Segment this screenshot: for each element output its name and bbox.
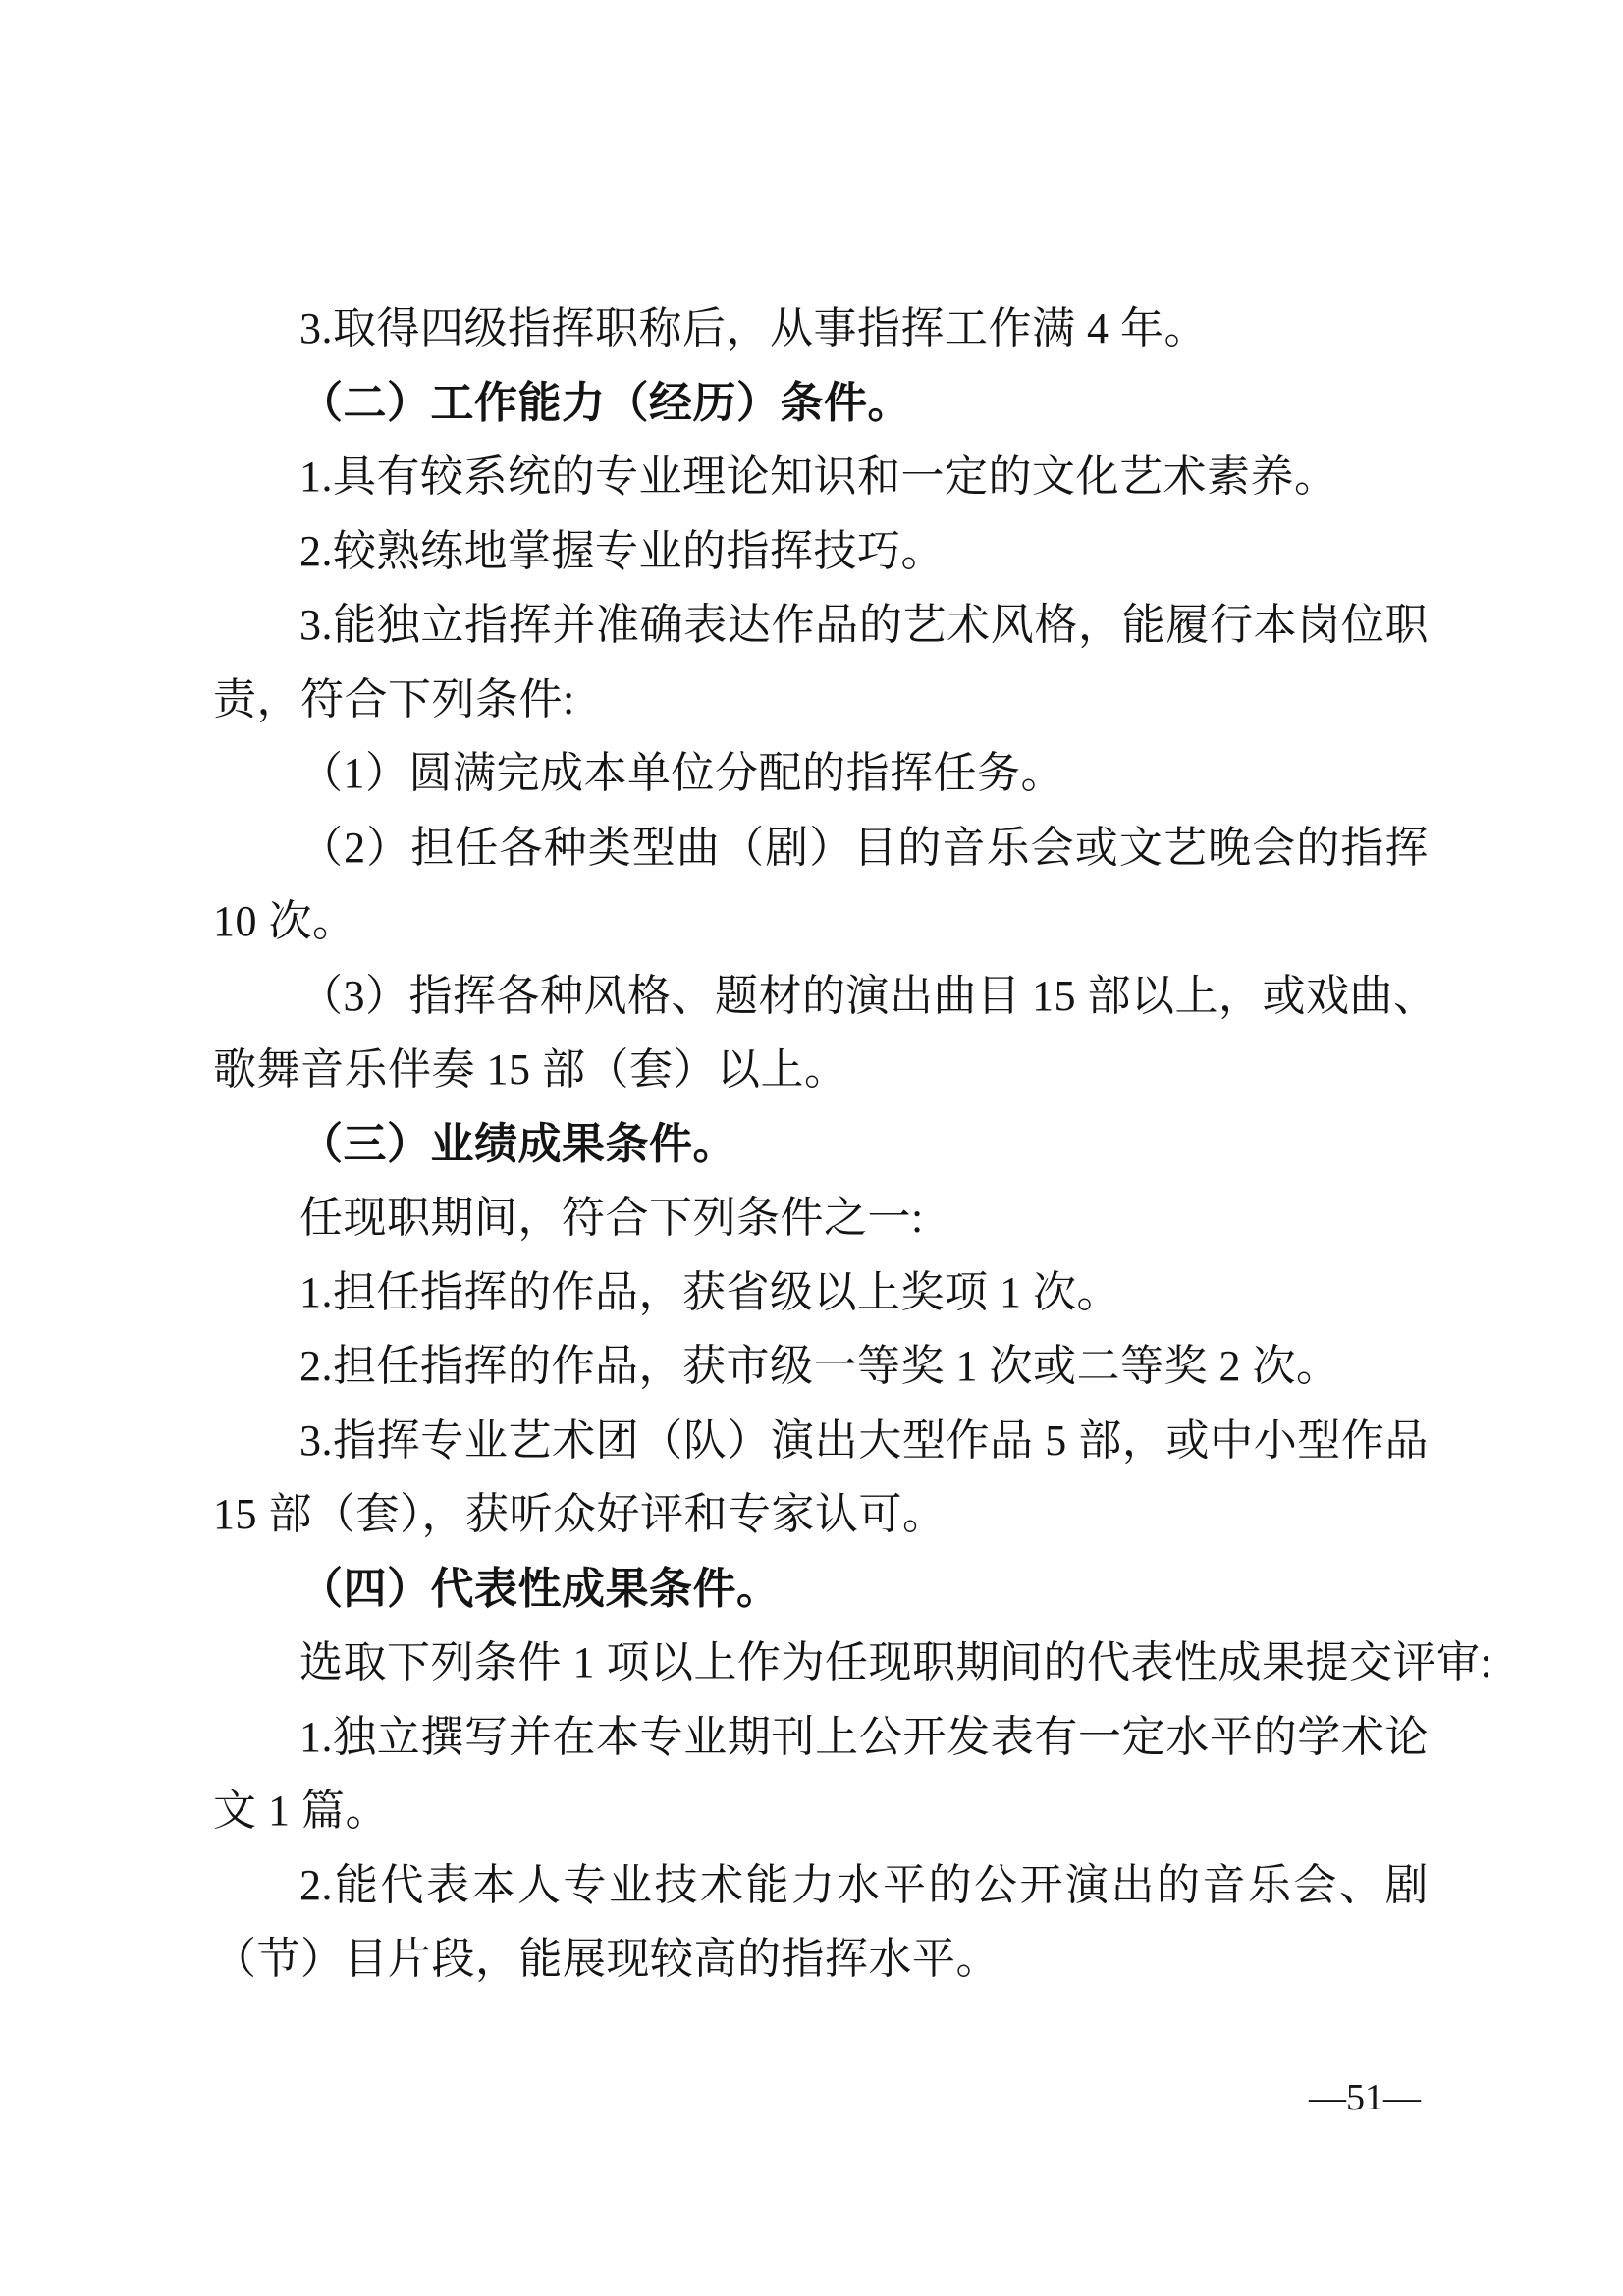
text-line: 2.能代表本人专业技术能力水平的公开演出的音乐会、剧 <box>213 1848 1429 1923</box>
text-line: 2.较熟练地掌握专业的指挥技巧。 <box>213 514 1429 589</box>
text-line: （1）圆满完成本单位分配的指挥任务。 <box>213 736 1429 811</box>
heading-line: （三）业绩成果条件。 <box>213 1107 1429 1182</box>
text-line: 歌舞音乐伴奏 15 部（套）以上。 <box>213 1033 1429 1107</box>
text-line: 责，符合下列条件: <box>213 663 1429 737</box>
text-line: 2.担任指挥的作品，获市级一等奖 1 次或二等奖 2 次。 <box>213 1329 1429 1404</box>
heading-line: （四）代表性成果条件。 <box>213 1552 1429 1627</box>
text-line: 1.担任指挥的作品，获省级以上奖项 1 次。 <box>213 1255 1429 1330</box>
text-line: （2）担任各种类型曲（剧）目的音乐会或文艺晚会的指挥 <box>213 811 1429 885</box>
text-line: 文 1 篇。 <box>213 1774 1429 1848</box>
text-line: 1.具有较系统的专业理论知识和一定的文化艺术素养。 <box>213 440 1429 514</box>
text-line: 15 部（套），获听众好评和专家认可。 <box>213 1477 1429 1552</box>
text-line: 3.指挥专业艺术团（队）演出大型作品 5 部，或中小型作品 <box>213 1404 1429 1478</box>
text-line: 1.独立撰写并在本专业期刊上公开发表有一定水平的学术论 <box>213 1700 1429 1775</box>
text-line: 3.取得四级指挥职称后，从事指挥工作满 4 年。 <box>213 292 1429 366</box>
text-line: 3.能独立指挥并准确表达作品的艺术风格，能履行本岗位职 <box>213 588 1429 663</box>
heading-line: （二）工作能力（经历）条件。 <box>213 366 1429 441</box>
body-text: 3.取得四级指挥职称后，从事指挥工作满 4 年。（二）工作能力（经历）条件。1.… <box>213 292 1429 1997</box>
page-number: —51— <box>1309 2069 1421 2126</box>
text-line: 任现职期间，符合下列条件之一: <box>213 1181 1429 1255</box>
text-line: 选取下列条件 1 项以上作为任现职期间的代表性成果提交评审: <box>213 1626 1429 1700</box>
document-page: 3.取得四级指挥职称后，从事指挥工作满 4 年。（二）工作能力（经历）条件。1.… <box>0 0 1623 2296</box>
text-line: （节）目片段，能展现较高的指挥水平。 <box>213 1922 1429 1997</box>
text-line: （3）指挥各种风格、题材的演出曲目 15 部以上，或戏曲、 <box>213 959 1429 1034</box>
text-line: 10 次。 <box>213 884 1429 959</box>
